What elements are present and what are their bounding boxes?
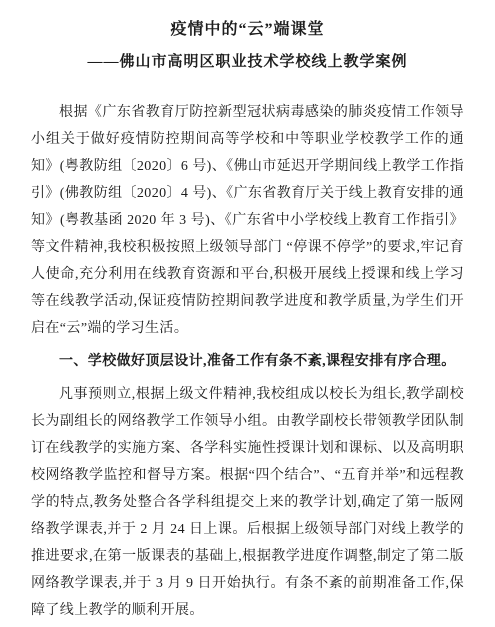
document-page: 疫情中的“云”端课堂 ——佛山市高明区职业技术学校线上教学案例 根据《广东省教育… — [0, 0, 495, 627]
document-title: 疫情中的“云”端课堂 — [31, 18, 464, 42]
paragraph-intro: 根据《广东省教育厅防控新型冠状病毒感染的肺炎疫情工作领导小组关于做好疫情防控期间… — [31, 99, 464, 342]
section-heading-1: 一、学校做好顶层设计,准备工作有条不紊,课程安排有序合理。 — [31, 348, 464, 375]
document-subtitle: ——佛山市高明区职业技术学校线上教学案例 — [31, 50, 464, 74]
paragraph-section-1-body: 凡事预则立,根据上级文件精神,我校组成以校长为组长,教学副校长为副组长的网络教学… — [31, 381, 464, 624]
